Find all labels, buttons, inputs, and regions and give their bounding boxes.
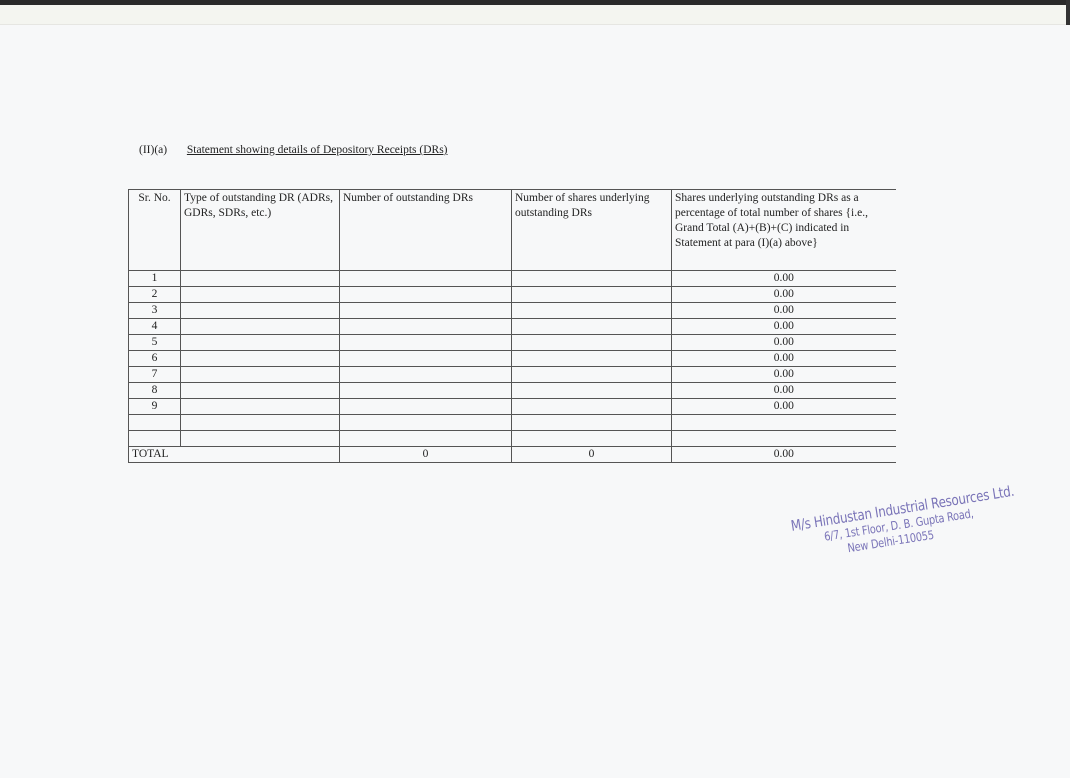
cell-num-drs <box>340 431 512 447</box>
table-row: 50.00 <box>129 335 896 351</box>
header-dr-type: Type of outstanding DR (ADRs, GDRs, SDRs… <box>181 190 340 271</box>
cell-percentage: 0.00 <box>672 319 896 335</box>
header-percentage: Shares underlying outstanding DRs as a p… <box>672 190 896 271</box>
cell-dr-type <box>181 415 340 431</box>
table-row: 20.00 <box>129 287 896 303</box>
cell-dr-type <box>181 399 340 415</box>
total-label: TOTAL <box>129 447 340 463</box>
cell-dr-type <box>181 319 340 335</box>
cell-percentage: 0.00 <box>672 335 896 351</box>
cell-num-drs <box>340 271 512 287</box>
table-row <box>129 415 896 431</box>
cell-percentage: 0.00 <box>672 271 896 287</box>
total-percentage: 0.00 <box>672 447 896 463</box>
cell-num-drs <box>340 399 512 415</box>
cell-dr-type <box>181 287 340 303</box>
cell-num-shares <box>512 271 672 287</box>
cell-sr-no: 4 <box>129 319 181 335</box>
cell-sr-no: 2 <box>129 287 181 303</box>
depository-receipts-table: Sr. No. Type of outstanding DR (ADRs, GD… <box>128 189 896 463</box>
cell-dr-type <box>181 271 340 287</box>
cell-sr-no: 9 <box>129 399 181 415</box>
cell-percentage <box>672 431 896 447</box>
table-row: 90.00 <box>129 399 896 415</box>
cell-sr-no: 8 <box>129 383 181 399</box>
cell-percentage: 0.00 <box>672 287 896 303</box>
cell-num-drs <box>340 319 512 335</box>
section-title: Statement showing details of Depository … <box>187 144 448 156</box>
cell-percentage <box>672 415 896 431</box>
cell-percentage: 0.00 <box>672 367 896 383</box>
cell-percentage: 0.00 <box>672 383 896 399</box>
cell-num-shares <box>512 415 672 431</box>
cell-dr-type <box>181 367 340 383</box>
cell-dr-type <box>181 303 340 319</box>
cell-sr-no <box>129 431 181 447</box>
cell-num-drs <box>340 303 512 319</box>
cell-percentage: 0.00 <box>672 399 896 415</box>
cell-dr-type <box>181 431 340 447</box>
cell-percentage: 0.00 <box>672 303 896 319</box>
cell-dr-type <box>181 383 340 399</box>
cell-num-shares <box>512 287 672 303</box>
table-header-row: Sr. No. Type of outstanding DR (ADRs, GD… <box>129 190 896 271</box>
total-row: TOTAL000.00 <box>129 447 896 463</box>
cell-sr-no: 5 <box>129 335 181 351</box>
cell-dr-type <box>181 335 340 351</box>
cell-sr-no: 1 <box>129 271 181 287</box>
table-row: 70.00 <box>129 367 896 383</box>
cell-num-shares <box>512 431 672 447</box>
table-row: 10.00 <box>129 271 896 287</box>
cell-sr-no: 3 <box>129 303 181 319</box>
cell-num-shares <box>512 319 672 335</box>
cell-sr-no <box>129 415 181 431</box>
cell-num-shares <box>512 383 672 399</box>
cell-num-shares <box>512 399 672 415</box>
cell-percentage: 0.00 <box>672 351 896 367</box>
cell-num-drs <box>340 335 512 351</box>
section-heading: (II)(a) Statement showing details of Dep… <box>139 144 448 156</box>
table-row: 80.00 <box>129 383 896 399</box>
cell-num-drs <box>340 415 512 431</box>
header-num-shares: Number of shares underlying outstanding … <box>512 190 672 271</box>
total-num-shares: 0 <box>512 447 672 463</box>
scan-top-strip <box>0 5 1066 25</box>
table-row: 60.00 <box>129 351 896 367</box>
cell-num-shares <box>512 335 672 351</box>
table-row: 40.00 <box>129 319 896 335</box>
cell-num-drs <box>340 367 512 383</box>
cell-sr-no: 7 <box>129 367 181 383</box>
header-sr-no: Sr. No. <box>129 190 181 271</box>
cell-num-drs <box>340 351 512 367</box>
cell-dr-type <box>181 351 340 367</box>
section-number: (II)(a) <box>139 144 184 156</box>
total-num-drs: 0 <box>340 447 512 463</box>
cell-num-shares <box>512 303 672 319</box>
cell-num-shares <box>512 351 672 367</box>
table-row <box>129 431 896 447</box>
cell-num-drs <box>340 383 512 399</box>
cell-num-drs <box>340 287 512 303</box>
table-row: 30.00 <box>129 303 896 319</box>
cell-sr-no: 6 <box>129 351 181 367</box>
header-num-drs: Number of outstanding DRs <box>340 190 512 271</box>
cell-num-shares <box>512 367 672 383</box>
